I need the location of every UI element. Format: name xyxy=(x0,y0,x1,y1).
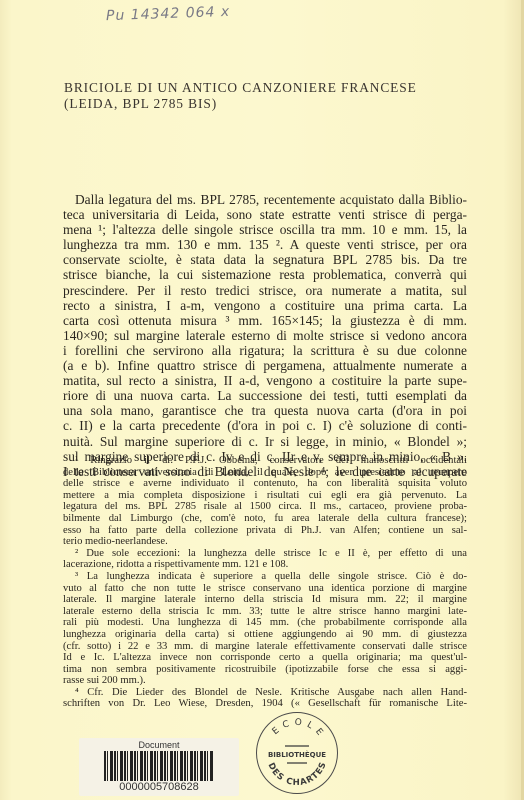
body-line: recto a sinistra, I a-m, vengono a costi… xyxy=(63,298,467,313)
svg-text:DES CHARTES: DES CHARTES xyxy=(266,760,329,788)
article-title: BRICIOLE DI UN ANTICO CANZONIERE FRANCES… xyxy=(64,80,417,112)
barcode-number: 0000005708628 xyxy=(79,781,239,793)
footnote-line: ¹ Ringrazio il dr. P.F.J. Obbema, conser… xyxy=(63,455,467,467)
body-line: mena ¹; l'altezza delle singole strisce … xyxy=(63,222,467,237)
footnote-line: schriften von Dr. Leo Wiese, Dresden, 19… xyxy=(63,698,467,710)
footnote-line: laterale. Il margine laterale interno de… xyxy=(63,594,467,606)
footnote-line: rali più modesti. Una lunghezza di 145 m… xyxy=(63,617,467,629)
footnote-line: ³ La lunghezza indicata è superiore a qu… xyxy=(63,571,467,583)
footnote-line: rasse sui 200 mm.). xyxy=(63,675,467,687)
footnote-line: delle strisce e averne individuato il co… xyxy=(63,478,467,490)
body-line: c. II) e la carta precedente (d'ora in p… xyxy=(63,418,467,433)
body-line: (a e b). Infine quattro strisce di perga… xyxy=(63,358,467,373)
body-line: riore di una nuova carta. La successione… xyxy=(63,388,467,403)
stamp-bottom-text: DES CHARTES xyxy=(266,760,329,788)
footnote-line: ⁴ Cfr. Die Lieder des Blondel de Nesle. … xyxy=(63,687,467,699)
footnote-line: legatura del ms. BPL 2785 risale al 1500… xyxy=(63,501,467,513)
barcode-title: Document xyxy=(79,740,239,750)
body-line: lunghezza tra mm. 130 e mm. 135 ². A que… xyxy=(63,237,467,252)
body-line: i forellini che servirono alla rigatura;… xyxy=(63,343,467,358)
stamp-icon: ECOLE BIBLIOTHÈQUE DES CHARTES xyxy=(257,713,337,793)
body-line: matita, sul recto a sinistra, II a-d, ve… xyxy=(63,373,467,388)
footnote-line: bilmente dal Limburgo (che, com'è noto, … xyxy=(63,513,467,525)
title-line-1: BRICIOLE DI UN ANTICO CANZONIERE FRANCES… xyxy=(64,80,417,96)
footnote-line: ² Due sole eccezioni: la lunghezza delle… xyxy=(63,548,467,560)
body-line: nuità. Sul margine superiore di c. Ir si… xyxy=(63,434,467,449)
footnote-line: terio medio-neerlandese. xyxy=(63,536,467,548)
body-line: teca universitaria di Leida, sono state … xyxy=(63,207,467,222)
scanned-page: Pu 14342 064 x BRICIOLE DI UN ANTICO CAN… xyxy=(0,0,524,800)
footnote-line: lunghezza originaria della carta) si ott… xyxy=(63,629,467,641)
body-line: 140×90; sul margine laterale esterno di … xyxy=(63,328,467,343)
body-line: strisce bianche, la cui sistemazione res… xyxy=(63,267,467,282)
stamp-top-text: ECOLE xyxy=(271,718,328,742)
footnote-line: tima non sembra positivamente ricostruib… xyxy=(63,664,467,676)
svg-text:ECOLE: ECOLE xyxy=(271,718,328,742)
footnote-line: mettere a mia completa disposizione i ri… xyxy=(63,490,467,502)
body-line: carta così ottenuta misura ³ mm. 165×145… xyxy=(63,313,467,328)
handwritten-shelfmark: Pu 14342 064 x xyxy=(106,4,231,24)
footnote-line: della Biblioteca universitaria di Leida,… xyxy=(63,467,467,479)
footnote-line: lacerazione, ridotta a rispettivamente m… xyxy=(63,559,467,571)
body-paragraph: Dalla legatura del ms. BPL 2785, recente… xyxy=(63,192,467,479)
footnotes: ¹ Ringrazio il dr. P.F.J. Obbema, conser… xyxy=(63,455,467,710)
body-line: Dalla legatura del ms. BPL 2785, recente… xyxy=(63,192,467,207)
footnote-line: (cfr. sotto) i 22 e 33 mm. di margine la… xyxy=(63,641,467,653)
body-line: una sola mano, garantisce che tra questa… xyxy=(63,403,467,418)
stamp-middle-text: BIBLIOTHÈQUE xyxy=(268,750,326,759)
footnote-line: laterale esterno della striscia Ic mm. 3… xyxy=(63,606,467,618)
barcode-label: Document 0000005708628 xyxy=(79,738,239,796)
barcode-icon xyxy=(104,751,214,781)
library-stamp: ECOLE BIBLIOTHÈQUE DES CHARTES xyxy=(256,712,338,794)
body-line: prescindere. Per il resto tredici strisc… xyxy=(63,283,467,298)
title-line-2: (LEIDA, BPL 2785 BIS) xyxy=(64,96,417,112)
footnote-line: esso ha fatto parte della collezione pri… xyxy=(63,525,467,537)
body-line: conservate sciolte, è stata data la segn… xyxy=(63,252,467,267)
footnote-line: Id e Ic. L'altezza invece non corrispond… xyxy=(63,652,467,664)
footnote-line: vuto al fatto che non tutte le strisce c… xyxy=(63,583,467,595)
